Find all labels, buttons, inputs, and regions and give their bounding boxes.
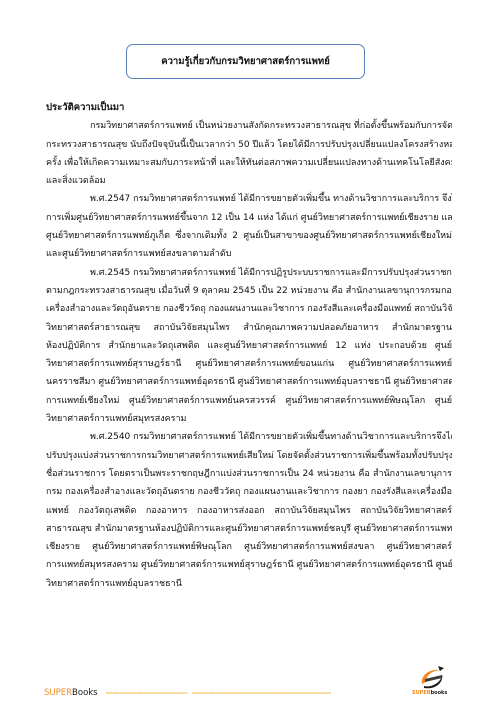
paragraph-2540: พ.ศ.2540 กรมวิทยาศาสตร์การแพทย์ ได้มีการ…: [46, 428, 452, 593]
text-line: ครั้ง เพื่อให้เกิดความเหมาะสมกับภาระหน้า…: [46, 154, 452, 172]
footer-rule-left: ========================: [106, 690, 188, 697]
text-line: เชียงราย ศูนย์วิทยาศาสตร์การแพทย์พิษณุโล…: [46, 538, 452, 556]
text-line: ปรับปรุงแบ่งส่วนราชการกรมวิทยาศาสตร์การแ…: [46, 447, 452, 465]
logo-super-text: SUPER: [412, 690, 431, 696]
brand-super-text: SUPER: [44, 688, 72, 698]
footer-brand: SUPERBooks: [44, 688, 98, 698]
text-line: แพทย์ กองวัตถุเสพติด กองอาหาร กองอาหารส่…: [46, 502, 452, 520]
text-line: ตามกฎกระทรวงสาธารณสุข เมื่อวันที่ 9 ตุลา…: [46, 282, 452, 300]
text-line: พ.ศ.2545 กรมวิทยาศาสตร์การแพทย์ ได้มีการ…: [46, 264, 452, 282]
page-title: ความรู้เกี่ยวกับกรมวิทยาศาสตร์การแพทย์: [161, 54, 330, 69]
logo-wordmark: SUPERbooks: [412, 690, 447, 696]
brand-books-text: Books: [72, 688, 98, 698]
text-line: ห้องปฏิบัติการ สำนักยาและวัตถุเสพติด และ…: [46, 337, 452, 355]
footer-rule-right: ========================================…: [192, 690, 332, 697]
page-footer: SUPERBooks ======================== ====…: [44, 686, 444, 700]
text-line: วิทยาศาสตร์การแพทย์สมุทรสงคราม: [46, 410, 452, 428]
document-body: ประวัติความเป็นมา กรมวิทยาศาสตร์การแพทย์…: [46, 99, 452, 593]
text-line: วิทยาศาสตร์การแพทย์สุราษฎร์ธานี ศูนย์วิท…: [46, 355, 452, 373]
text-line: วิทยาศาสตร์สาธารณสุข สถาบันวิจัยสมุนไพร …: [46, 319, 452, 337]
text-line: การแพทย์สมุทรสงคราม ศูนย์วิทยาศาสตร์การแ…: [46, 556, 452, 574]
text-line: ศูนย์วิทยาศาสตร์การแพทย์ภูเก็ต ซึ่งจากเด…: [46, 227, 452, 245]
section-heading: ประวัติความเป็นมา: [46, 99, 452, 117]
text-line: การแพทย์เชียงใหม่ ศูนย์วิทยาศาสตร์การแพท…: [46, 392, 452, 410]
text-line: กระทรวงสาธารณสุข นับถึงปัจจุบันนี้เป็นเว…: [46, 136, 452, 154]
text-line: สาธารณสุข สำนักมาตรฐานห้องปฏิบัติการและศ…: [46, 520, 452, 538]
text-line: และศูนย์วิทยาศาสตร์การแพทย์สงขลาตามลำดับ: [46, 245, 452, 263]
paragraph-2545: พ.ศ.2545 กรมวิทยาศาสตร์การแพทย์ ได้มีการ…: [46, 264, 452, 429]
text-line: และสิ่งแวดล้อม: [46, 172, 452, 190]
paragraph-intro: กรมวิทยาศาสตร์การแพทย์ เป็นหน่วยงานสังกั…: [46, 117, 452, 190]
text-line: ชื่อส่วนราชการ โดยตราเป็นพระราชกฤษฎีกาแบ…: [46, 465, 452, 483]
text-line: นครราชสีมา ศูนย์วิทยาศาสตร์การแพทย์อุดรธ…: [46, 373, 452, 391]
text-line: พ.ศ.2547 กรมวิทยาศาสตร์การแพทย์ ได้มีการ…: [46, 190, 452, 208]
text-line: พ.ศ.2540 กรมวิทยาศาสตร์การแพทย์ ได้มีการ…: [46, 428, 452, 446]
text-line: เครื่องสำอางและวัตถุอันตราย กองชีววัตถุ …: [46, 300, 452, 318]
text-line: กรม กองเครื่องสำอางและวัตถุอันตราย กองชี…: [46, 483, 452, 501]
text-line: กรมวิทยาศาสตร์การแพทย์ เป็นหน่วยงานสังกั…: [46, 117, 452, 135]
text-line: การเพิ่มศูนย์วิทยาศาสตร์การแพทย์ขึ้นจาก …: [46, 209, 452, 227]
text-line: วิทยาศาสตร์การแพทย์อุบลราชธานี: [46, 575, 452, 593]
title-box: ความรู้เกี่ยวกับกรมวิทยาศาสตร์การแพทย์: [126, 44, 365, 79]
paragraph-2547: พ.ศ.2547 กรมวิทยาศาสตร์การแพทย์ ได้มีการ…: [46, 190, 452, 263]
logo-books-text: books: [431, 690, 448, 696]
